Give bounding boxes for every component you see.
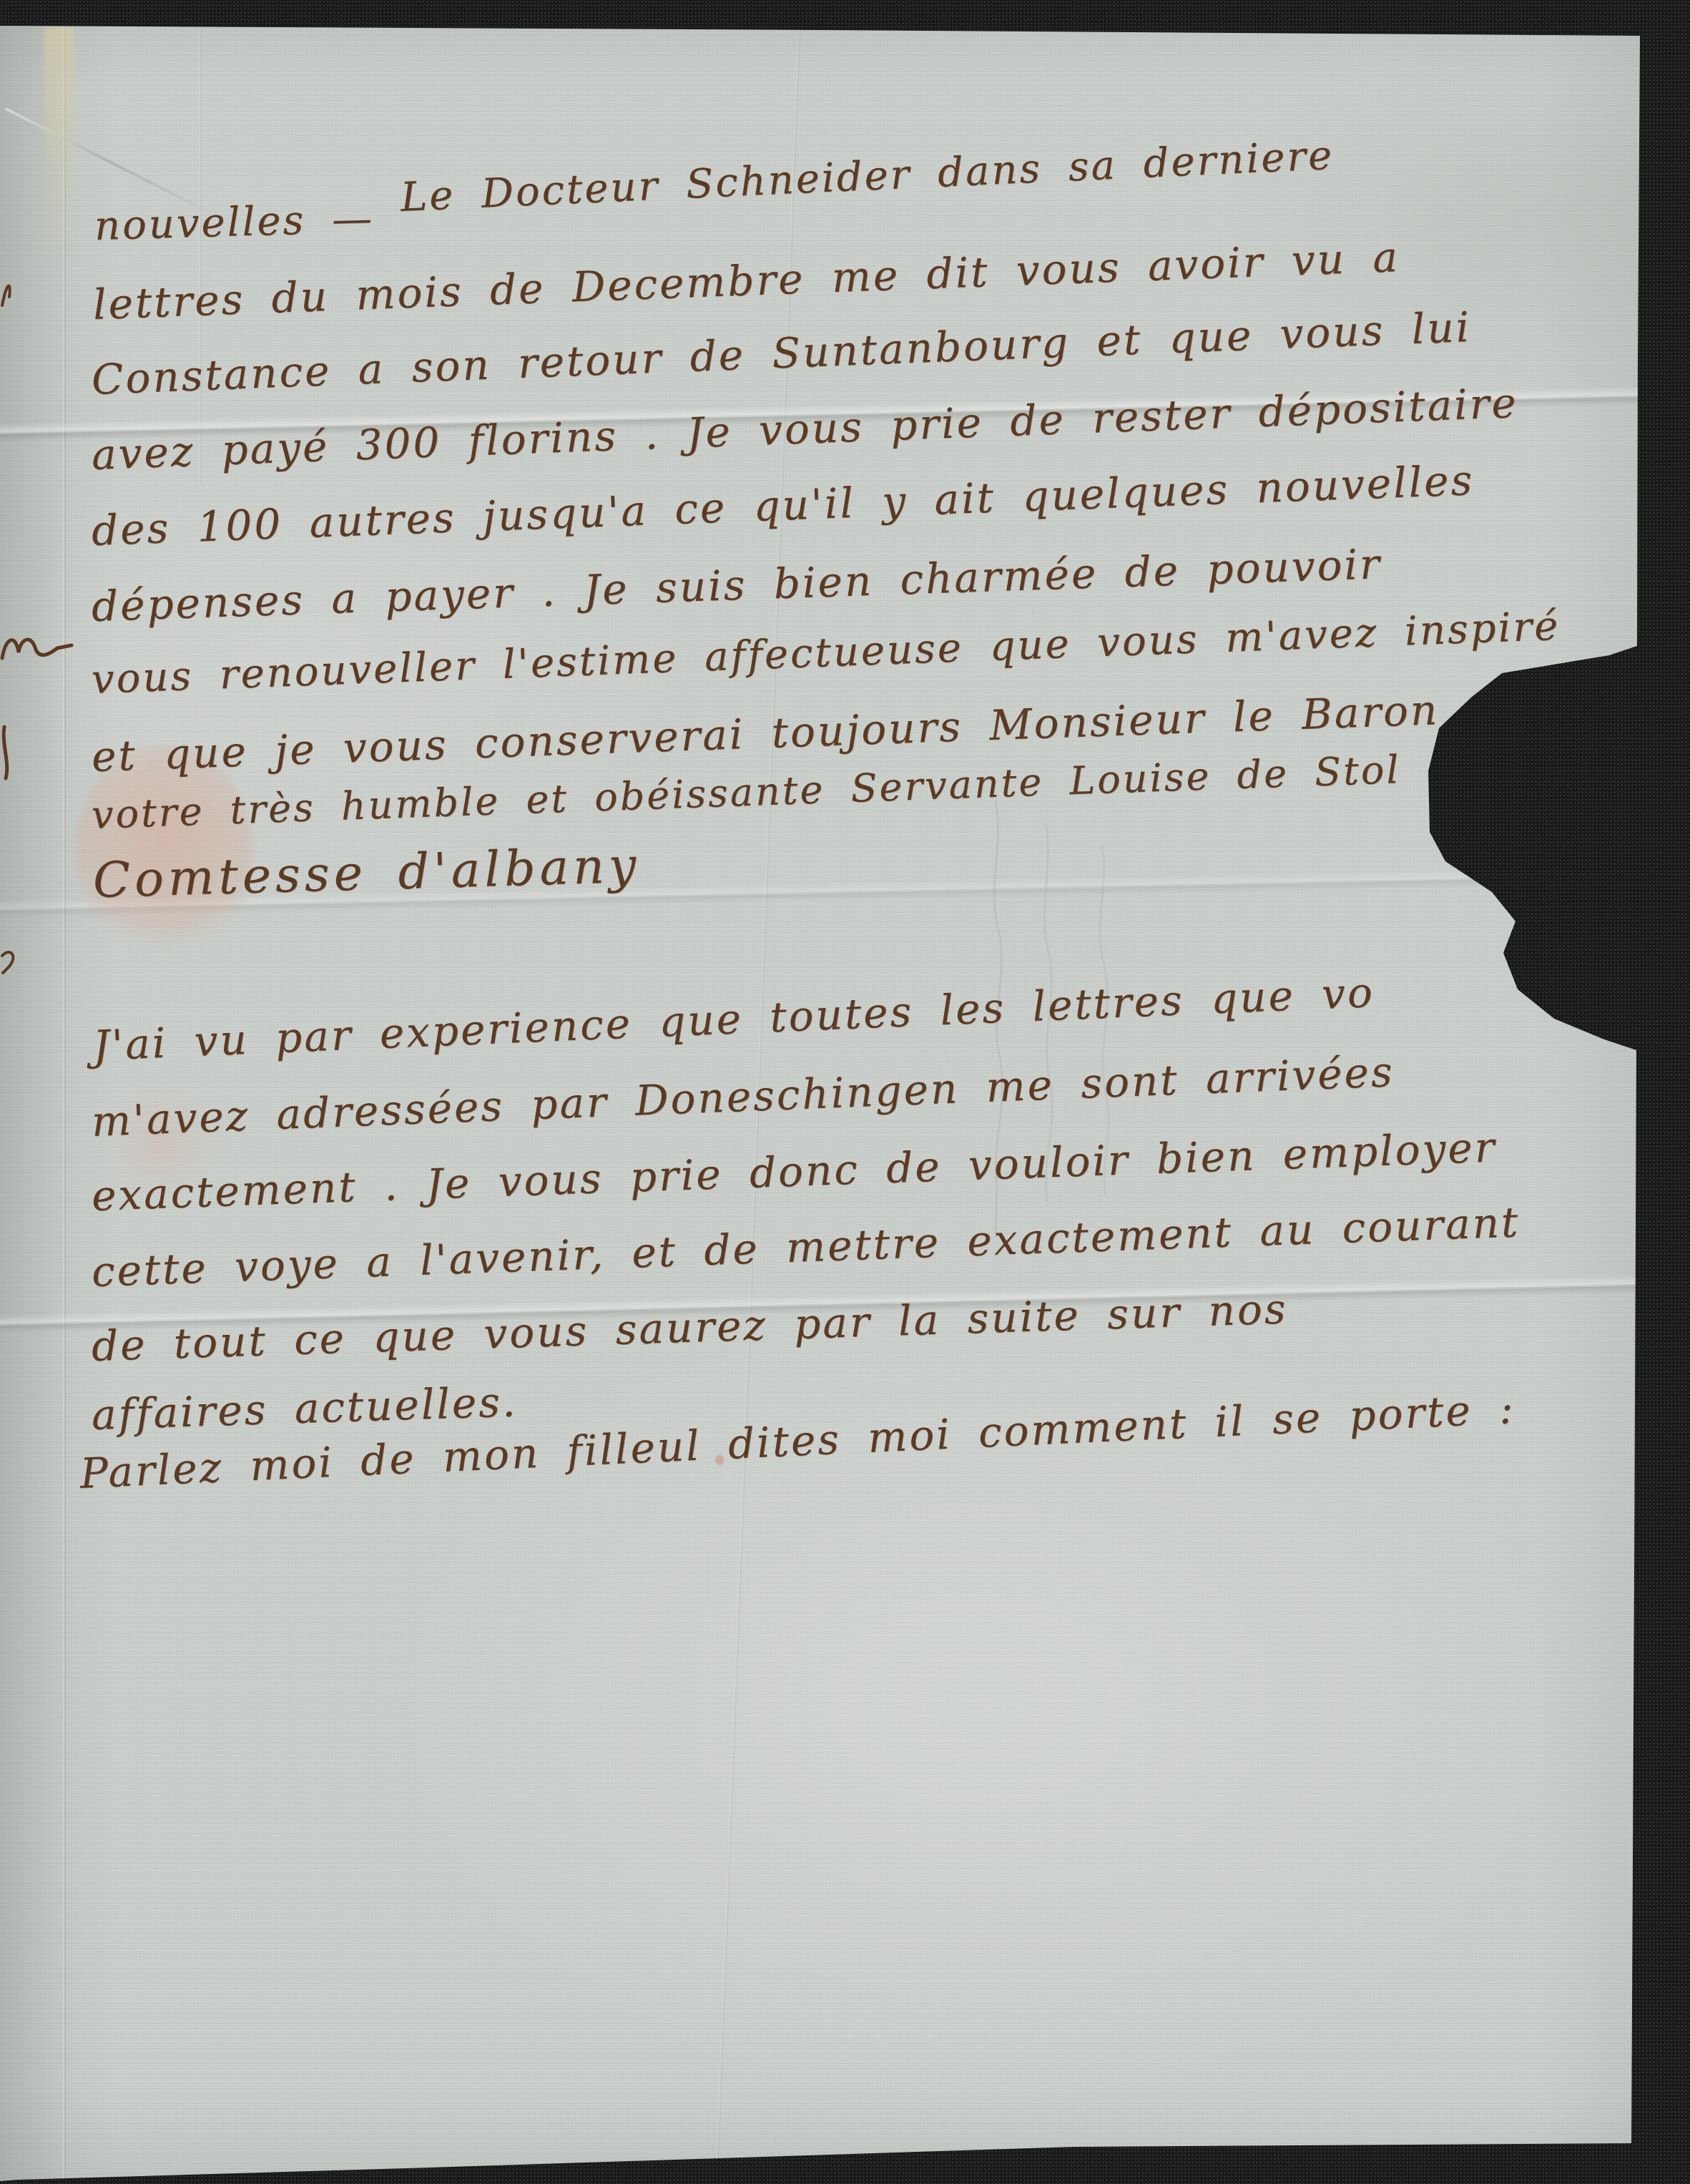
letter-line: Comtesse d'albany — [92, 838, 641, 909]
letter-line: nouvelles — — [94, 195, 375, 250]
letter-line: m'avez adressées par Doneschingen me son… — [91, 1047, 1395, 1146]
letter-line: de tout ce que vous saurez par la suite … — [91, 1284, 1288, 1371]
scan-background: nouvelles —Le Docteur Schneider dans sa … — [0, 0, 1690, 2184]
letter-line: Le Docteur Schneider dans sa derniere — [400, 132, 1335, 221]
letter-text: nouvelles —Le Docteur Schneider dans sa … — [0, 0, 1690, 2184]
letter-paper: nouvelles —Le Docteur Schneider dans sa … — [0, 0, 1690, 2184]
letter-line: affaires actuelles. — [91, 1377, 518, 1439]
